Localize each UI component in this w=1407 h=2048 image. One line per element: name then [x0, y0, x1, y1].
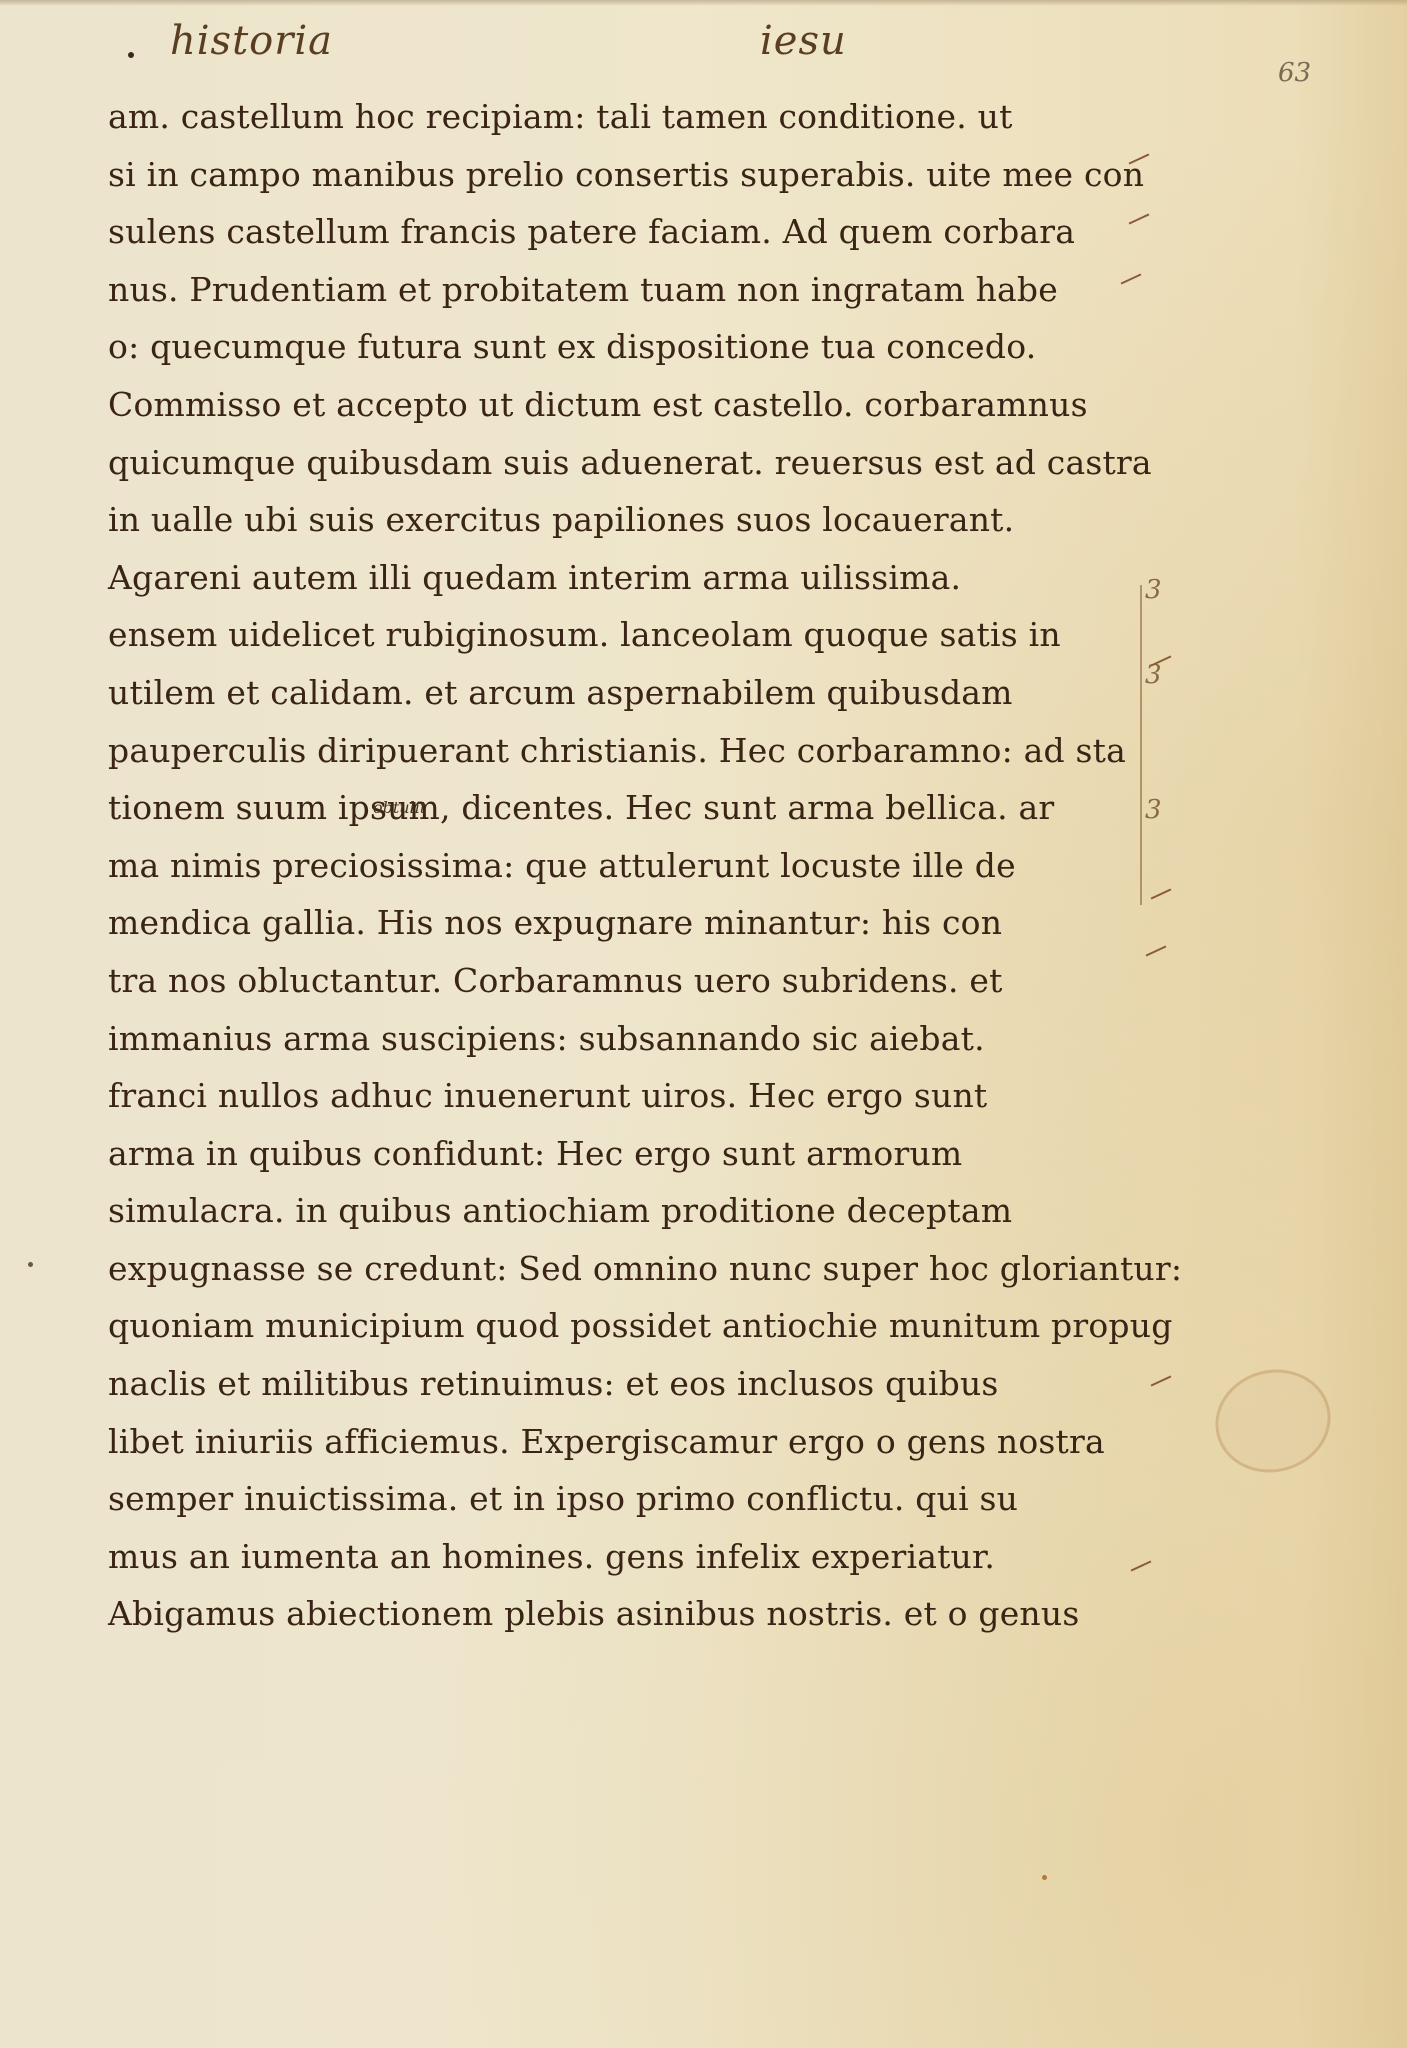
main-text-block: am. castellum hoc recipiam: tali tamen c…: [108, 88, 1158, 1643]
text-line: franci nullos adhuc inuenerunt uiros. He…: [108, 1067, 1158, 1125]
text-line: Agareni autem illi quedam interim arma u…: [108, 549, 1158, 607]
text-line: Abigamus abiectionem plebis asinibus nos…: [108, 1585, 1158, 1643]
text-line: tionem suum ipsum, dicentes. Hec sunt ar…: [108, 779, 1158, 837]
speck: [28, 1262, 33, 1267]
text-line: quicumque quibusdam suis aduenerat. reue…: [108, 434, 1158, 492]
text-line: libet iniuriis afficiemus. Expergiscamur…: [108, 1413, 1158, 1471]
text-line: am. castellum hoc recipiam: tali tamen c…: [108, 88, 1158, 146]
running-head-center: iesu: [760, 18, 847, 64]
text-line: simulacra. in quibus antiochiam proditio…: [108, 1182, 1158, 1240]
text-line: mus an iumenta an homines. gens infelix …: [108, 1528, 1158, 1586]
text-line: nus. Prudentiam et probitatem tuam non i…: [108, 261, 1158, 319]
page-top-edge: [0, 0, 1407, 6]
text-line: ma nimis preciosissima: que attulerunt l…: [108, 837, 1158, 895]
text-line: pauperculis diripuerant christianis. Hec…: [108, 722, 1158, 780]
text-line: in ualle ubi suis exercitus papiliones s…: [108, 491, 1158, 549]
margin-mark: 3: [1145, 795, 1162, 825]
text-line: naclis et militibus retinuimus: et eos i…: [108, 1355, 1158, 1413]
text-line: semper inuictissima. et in ipso primo co…: [108, 1470, 1158, 1528]
folio-number: 63: [1278, 58, 1311, 88]
text-line: si in campo manibus prelio consertis sup…: [108, 146, 1158, 204]
manuscript-page: historia iesu 63 am. castellum hoc recip…: [0, 0, 1407, 2048]
text-line: expugnasse se credunt: Sed omnino nunc s…: [108, 1240, 1158, 1298]
text-line: quoniam municipium quod possidet antioch…: [108, 1297, 1158, 1355]
text-line: immanius arma suscipiens: subsannando si…: [108, 1010, 1158, 1068]
ink-dot: [128, 52, 134, 58]
margin-mark: 3: [1145, 575, 1162, 605]
text-line: tra nos obluctantur. Corbaramnus uero su…: [108, 952, 1158, 1010]
speck: [1042, 1875, 1047, 1880]
page-edge-shading: [1297, 0, 1407, 2048]
margin-bracket: [1140, 585, 1182, 905]
interlinear-gloss: obtulit: [373, 798, 426, 817]
text-line: utilem et calidam. et arcum aspernabilem…: [108, 664, 1158, 722]
text-line: Commisso et accepto ut dictum est castel…: [108, 376, 1158, 434]
text-line: mendica gallia. His nos expugnare minant…: [108, 894, 1158, 952]
text-line: o: quecumque futura sunt ex dispositione…: [108, 318, 1158, 376]
running-head-left: historia: [170, 18, 333, 64]
text-line: sulens castellum francis patere faciam. …: [108, 203, 1158, 261]
text-line: arma in quibus confidunt: Hec ergo sunt …: [108, 1125, 1158, 1183]
text-line: ensem uidelicet rubiginosum. lanceolam q…: [108, 606, 1158, 664]
